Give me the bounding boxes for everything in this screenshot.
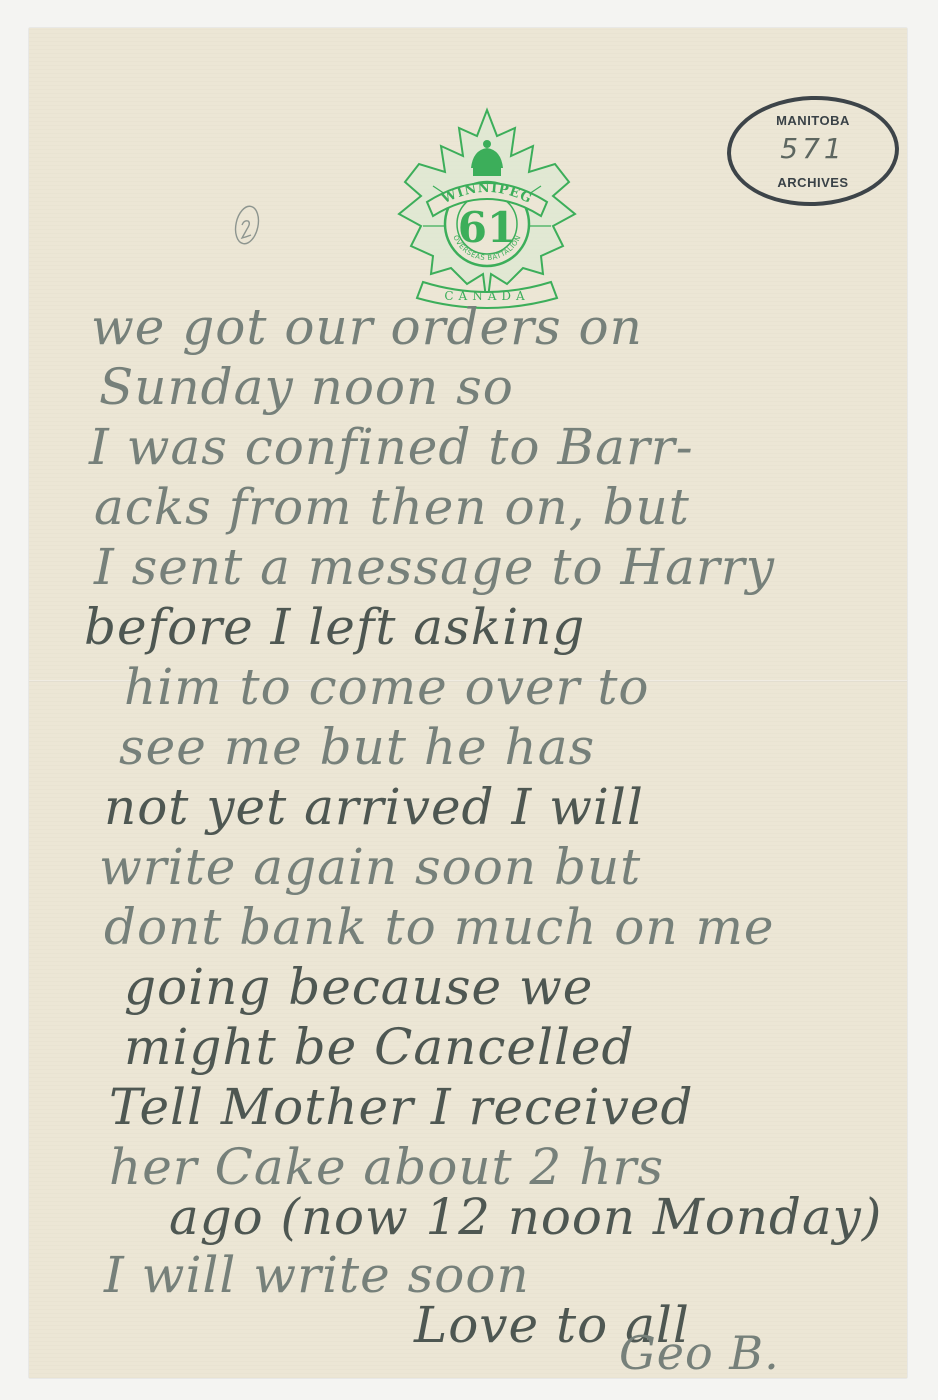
handwritten-line: dont bank to much on me: [104, 898, 775, 956]
handwritten-line: before I left asking: [84, 598, 585, 656]
handwritten-line: Tell Mother I received: [109, 1078, 693, 1136]
handwritten-line: ago (now 12 noon Monday): [169, 1188, 882, 1246]
signature: Geo B.: [619, 1326, 780, 1380]
letter-body: we got our orders on Sunday noon so I wa…: [29, 28, 907, 1378]
handwritten-line: might be Cancelled: [124, 1018, 635, 1076]
handwritten-line: I was confined to Barr-: [89, 418, 694, 476]
handwritten-line: going because we: [124, 958, 593, 1016]
letter-page: WINNIPEG OVERSEAS BATTALION 61 CANADA MA…: [29, 28, 907, 1378]
handwritten-line: Sunday noon so: [99, 358, 514, 416]
handwritten-line: see me but he has: [119, 718, 595, 776]
handwritten-line: not yet arrived I will: [104, 778, 644, 836]
handwritten-line: write again soon but: [99, 838, 641, 896]
handwritten-line: we got our orders on: [91, 298, 643, 356]
handwritten-line: him to come over to: [124, 658, 650, 716]
handwritten-line: acks from then on, but: [94, 478, 690, 536]
handwritten-line: I sent a message to Harry: [94, 538, 775, 596]
